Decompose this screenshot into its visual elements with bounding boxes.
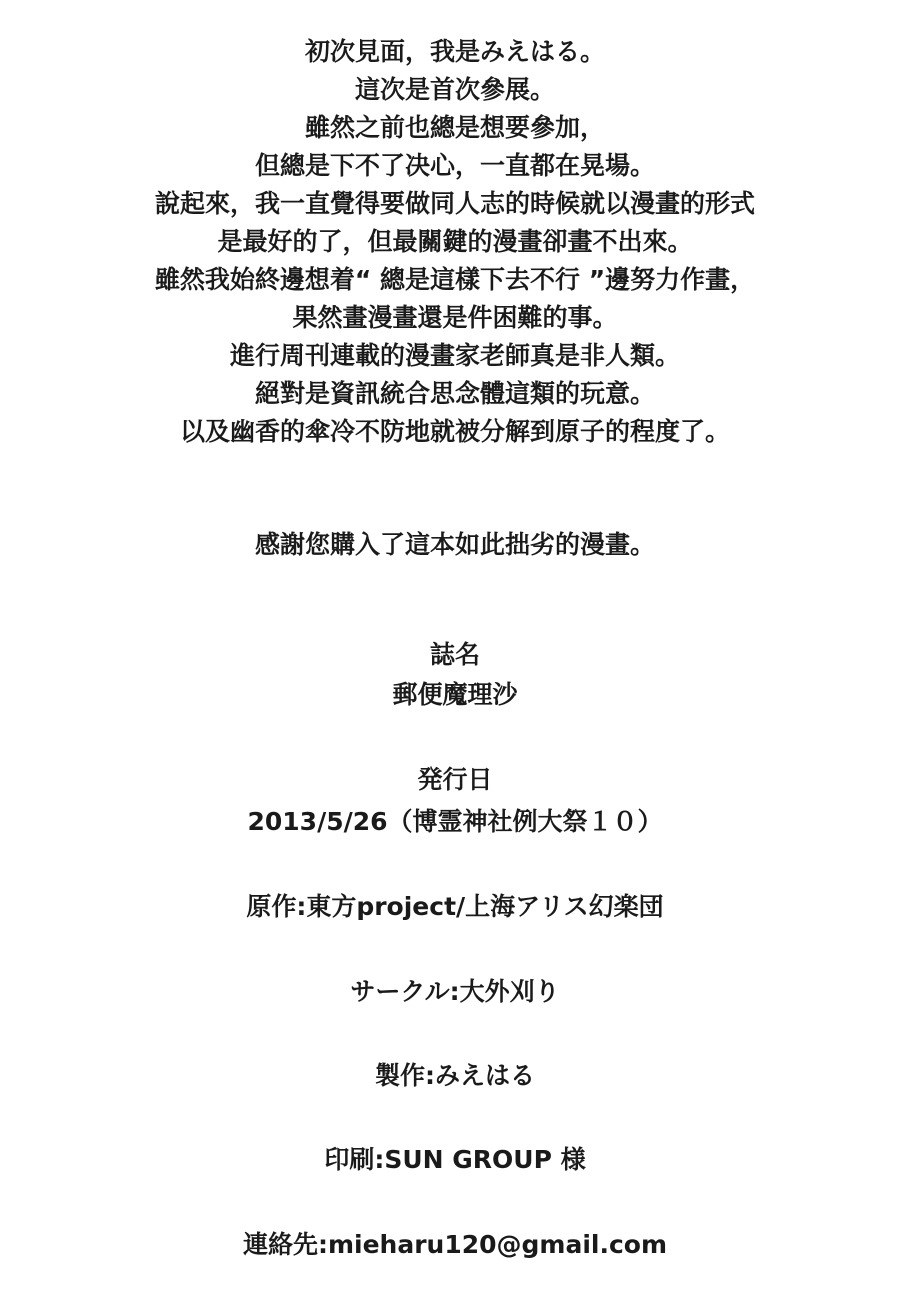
date-label: 発行日	[0, 764, 910, 796]
afterword-line: 進行周刊連載的漫畫家老師真是非人類。	[0, 340, 910, 372]
afterword-line: 絕對是資訊統合思念體這類的玩意。	[0, 378, 910, 410]
date-value: 2013/5/26（博霊神社例大祭１０）	[0, 806, 910, 838]
circle-name: サークル:大外刈り	[0, 976, 910, 1008]
afterword-line: 雖然我始終邊想着“ 總是這樣下去不行 ”邊努力作畫，	[0, 264, 910, 296]
afterword-line: 說起來，我一直覺得要做同人志的時候就以漫畫的形式	[0, 188, 910, 220]
afterword-line: 果然畫漫畫還是件困難的事。	[0, 302, 910, 334]
title-value: 郵便魔理沙	[0, 679, 910, 711]
original-work: 原作:東方project/上海アリス幻楽団	[0, 891, 910, 923]
printer-name: 印刷:SUN GROUP 様	[0, 1144, 910, 1176]
contact-email: 連絡先:mieharu120@gmail.com	[0, 1229, 910, 1261]
afterword-line: 以及幽香的傘冷不防地就被分解到原子的程度了。	[0, 416, 910, 448]
afterword-line: 這次是首次參展。	[0, 74, 910, 106]
thanks-line: 感謝您購入了這本如此拙劣的漫畫。	[0, 529, 910, 561]
title-label: 誌名	[0, 639, 910, 671]
afterword-line: 雖然之前也總是想要參加，	[0, 112, 910, 144]
afterword-line: 初次見面，我是みえはる。	[0, 36, 910, 68]
author-name: 製作:みえはる	[0, 1060, 910, 1092]
afterword-line: 是最好的了，但最關鍵的漫畫卻畫不出來。	[0, 226, 910, 258]
afterword-line: 但總是下不了决心，一直都在晃場。	[0, 150, 910, 182]
